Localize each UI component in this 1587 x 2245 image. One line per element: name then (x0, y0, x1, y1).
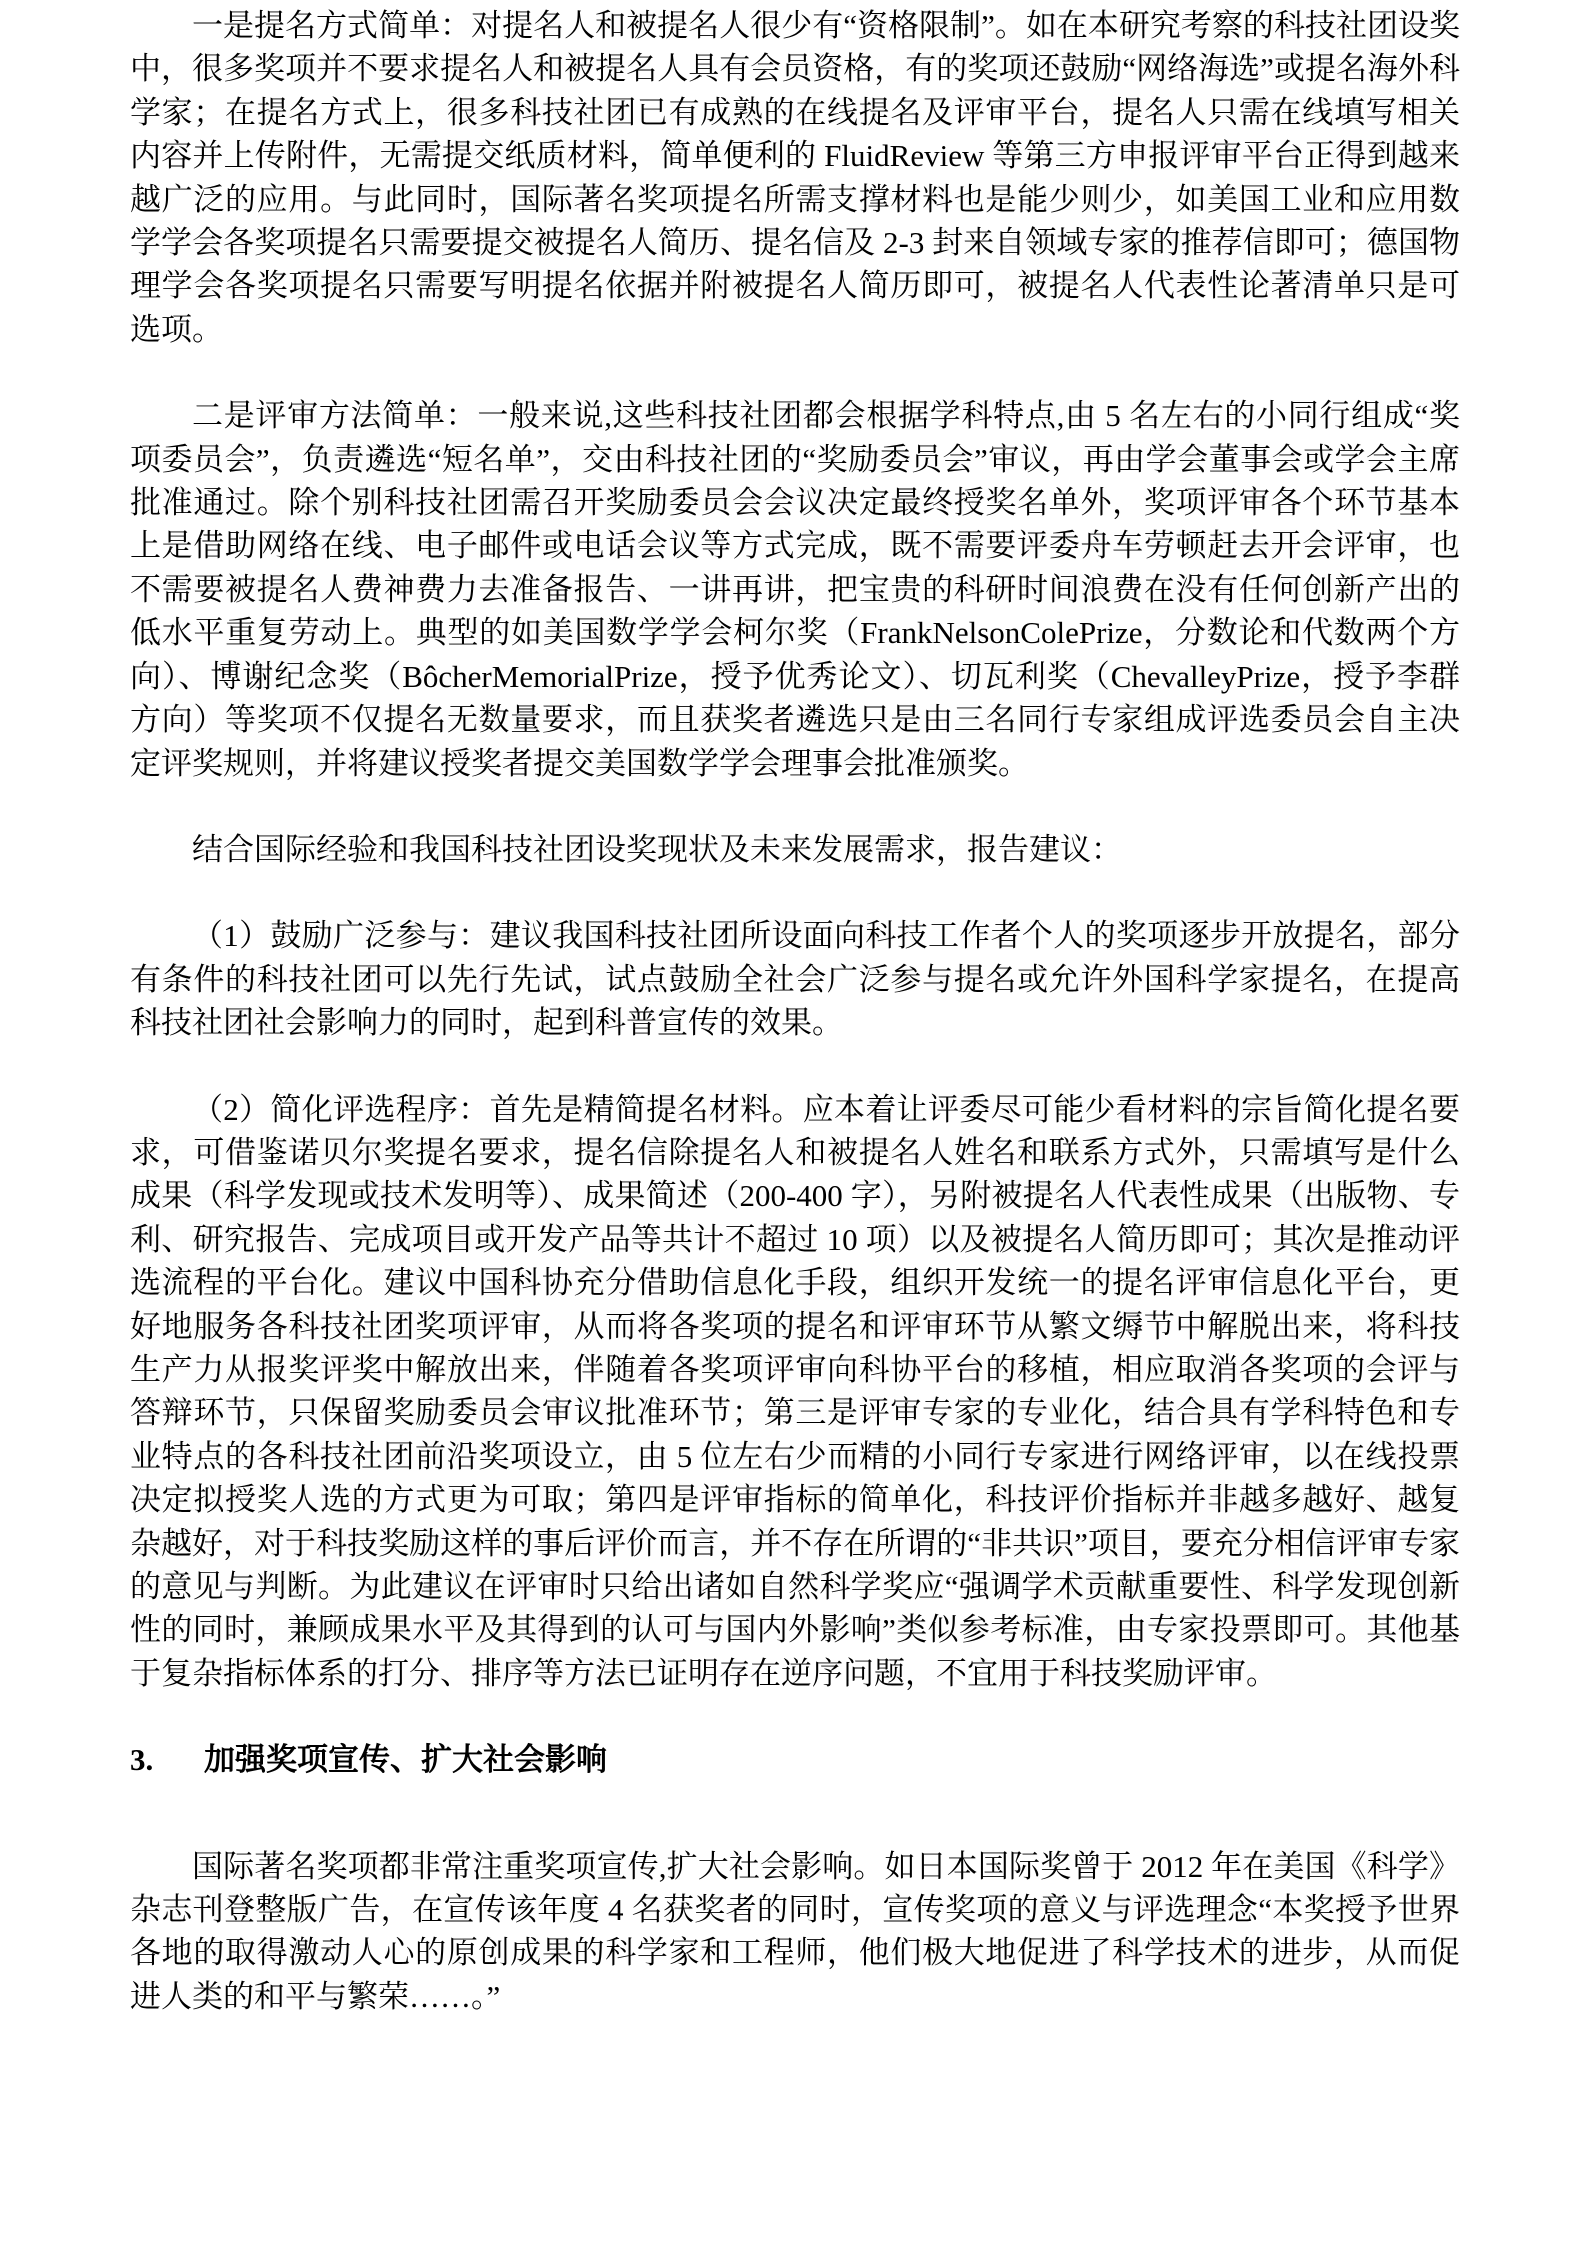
section-heading-title: 加强奖项宣传、扩大社会影响 (204, 1742, 607, 1777)
paragraph-recommendation-1: （1）鼓励广泛参与：建议我国科技社团所设面向科技工作者个人的奖项逐步开放提名，部… (130, 914, 1460, 1044)
section-heading: 3.加强奖项宣传、扩大社会影响 (130, 1738, 1460, 1781)
paragraph-review-method: 二是评审方法简单：一般来说,这些科技社团都会根据学科特点,由 5 名左右的小同行… (130, 394, 1460, 785)
paragraph-recommendation-2: （2）简化评选程序：首先是精简提名材料。应本着让评委尽可能少看材料的宗旨简化提名… (130, 1088, 1460, 1696)
paragraph-publicity: 国际著名奖项都非常注重奖项宣传,扩大社会影响。如日本国际奖曾于 2012 年在美… (130, 1845, 1460, 2019)
document-page: 一是提名方式简单：对提名人和被提名人很少有“资格限制”。如在本研究考察的科技社团… (0, 0, 1587, 2245)
paragraph-nomination-method: 一是提名方式简单：对提名人和被提名人很少有“资格限制”。如在本研究考察的科技社团… (130, 4, 1460, 351)
section-heading-number: 3. (130, 1738, 204, 1781)
paragraph-transition: 结合国际经验和我国科技社团设奖现状及未来发展需求，报告建议： (130, 828, 1460, 871)
